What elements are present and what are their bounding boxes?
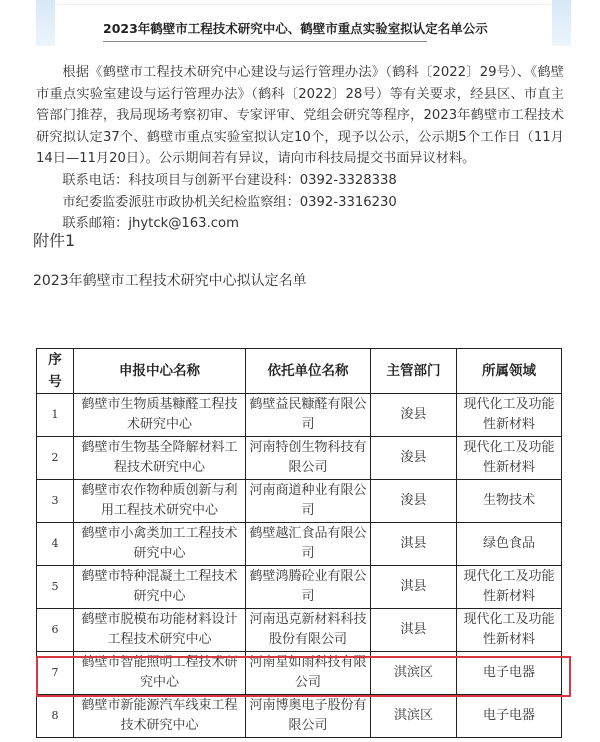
cell-host-unit: 河南迅克新材料科技股份有限公司 xyxy=(246,609,371,652)
attachment-label: 附件1 xyxy=(33,228,75,251)
cell-center-name: 鹤壁市新能源汽车线束工程技术研究中心 xyxy=(74,695,246,738)
cell-index: 3 xyxy=(37,480,74,523)
table-row: 4 鹤壁市小禽类加工工程技术研究中心 鹤壁越汇食品有限公司 淇县 绿色食品 xyxy=(37,523,562,566)
cell-department: 浚县 xyxy=(371,437,457,480)
cell-host-unit: 河南博奥电子股份有限公司 xyxy=(246,695,371,738)
cell-field: 电子电器 xyxy=(457,695,562,738)
table-row-highlighted: 7 鹤壁市智能照明工程技术研究中心 河南星如雨科技有限公司 淇滨区 电子电器 xyxy=(37,652,562,695)
table-row: 3 鹤壁市农作物种质创新与利用工程技术研究中心 河南商道种业有限公司 浚县 生物… xyxy=(37,480,562,523)
contact-email-line[interactable]: 联系邮箱：jhytck@163.com xyxy=(36,213,564,235)
notice-title: 2023年鹤壁市工程技术研究中心、鹤壁市重点实验室拟认定名单公示 xyxy=(103,20,427,42)
cell-field: 现代化工及功能性新材料 xyxy=(457,609,562,652)
recognition-list-table: 序号 申报中心名称 依托单位名称 主管部门 所属领域 1 鹤壁市生物质基糠醛工程… xyxy=(36,348,562,738)
cell-field: 现代化工及功能性新材料 xyxy=(457,394,562,437)
table-row: 1 鹤壁市生物质基糠醛工程技术研究中心 鹤壁益民糠醛有限公司 浚县 现代化工及功… xyxy=(37,394,562,437)
cell-field: 现代化工及功能性新材料 xyxy=(457,437,562,480)
cell-center-name: 鹤壁市特种混凝土工程技术研究中心 xyxy=(74,566,246,609)
header-index: 序号 xyxy=(37,349,74,394)
cell-index: 5 xyxy=(37,566,74,609)
cell-department: 淇滨区 xyxy=(371,695,457,738)
cell-host-unit: 鹤壁越汇食品有限公司 xyxy=(246,523,371,566)
table-row: 8 鹤壁市新能源汽车线束工程技术研究中心 河南博奥电子股份有限公司 淇滨区 电子… xyxy=(37,695,562,738)
cell-host-unit: 河南商道种业有限公司 xyxy=(246,480,371,523)
cell-index: 8 xyxy=(37,695,74,738)
header-center-name: 申报中心名称 xyxy=(74,349,246,394)
cell-host-unit: 鹤壁益民糠醛有限公司 xyxy=(246,394,371,437)
notice-paragraph: 根据《鹤壁市工程技术研究中心建设与运行管理办法》（鹤科〔2022〕29号）、《鹤… xyxy=(36,62,564,170)
header-host-unit: 依托单位名称 xyxy=(246,349,371,394)
cell-index: 4 xyxy=(37,523,74,566)
contact-supervision-line: 市纪委监委派驻市政协机关纪检监察组：0392-3316230 xyxy=(36,192,564,214)
cell-field: 绿色食品 xyxy=(457,523,562,566)
header-department: 主管部门 xyxy=(371,349,457,394)
table-row: 5 鹤壁市特种混凝土工程技术研究中心 鹤壁鸿腾砼业有限公司 淇县 现代化工及功能… xyxy=(37,566,562,609)
cell-center-name: 鹤壁市脱模布功能材料设计工程技术研究中心 xyxy=(74,609,246,652)
cell-host-unit: 河南星如雨科技有限公司 xyxy=(246,652,371,695)
cell-field: 电子电器 xyxy=(457,652,562,695)
cell-field: 现代化工及功能性新材料 xyxy=(457,566,562,609)
contact-phone-line: 联系电话：科技项目与创新平台建设科：0392-3328338 xyxy=(36,170,564,192)
cell-department: 淇滨区 xyxy=(371,652,457,695)
cell-index: 2 xyxy=(37,437,74,480)
cell-index: 1 xyxy=(37,394,74,437)
cell-center-name: 鹤壁市生物基全降解材料工程技术研究中心 xyxy=(74,437,246,480)
header-field: 所属领域 xyxy=(457,349,562,394)
list-title: 2023年鹤壁市工程技术研究中心拟认定名单 xyxy=(33,270,307,290)
cell-host-unit: 河南特创生物科技有限公司 xyxy=(246,437,371,480)
cell-host-unit: 鹤壁鸿腾砼业有限公司 xyxy=(246,566,371,609)
cell-center-name: 鹤壁市农作物种质创新与利用工程技术研究中心 xyxy=(74,480,246,523)
cell-center-name: 鹤壁市智能照明工程技术研究中心 xyxy=(74,652,246,695)
notice-body: 根据《鹤壁市工程技术研究中心建设与运行管理办法》（鹤科〔2022〕29号）、《鹤… xyxy=(36,62,564,235)
table-header-row: 序号 申报中心名称 依托单位名称 主管部门 所属领域 xyxy=(37,349,562,394)
cell-department: 淇县 xyxy=(371,609,457,652)
table-row: 2 鹤壁市生物基全降解材料工程技术研究中心 河南特创生物科技有限公司 浚县 现代… xyxy=(37,437,562,480)
decorative-side-strip-left xyxy=(36,0,55,46)
cell-department: 浚县 xyxy=(371,480,457,523)
cell-department: 浚县 xyxy=(371,394,457,437)
cell-center-name: 鹤壁市小禽类加工工程技术研究中心 xyxy=(74,523,246,566)
cell-index: 6 xyxy=(37,609,74,652)
cell-department: 淇县 xyxy=(371,566,457,609)
cell-field: 生物技术 xyxy=(457,480,562,523)
decorative-side-strip-right xyxy=(552,0,571,46)
cell-department: 淇县 xyxy=(371,523,457,566)
table-row: 6 鹤壁市脱模布功能材料设计工程技术研究中心 河南迅克新材料科技股份有限公司 淇… xyxy=(37,609,562,652)
cell-index: 7 xyxy=(37,652,74,695)
cell-center-name: 鹤壁市生物质基糠醛工程技术研究中心 xyxy=(74,394,246,437)
